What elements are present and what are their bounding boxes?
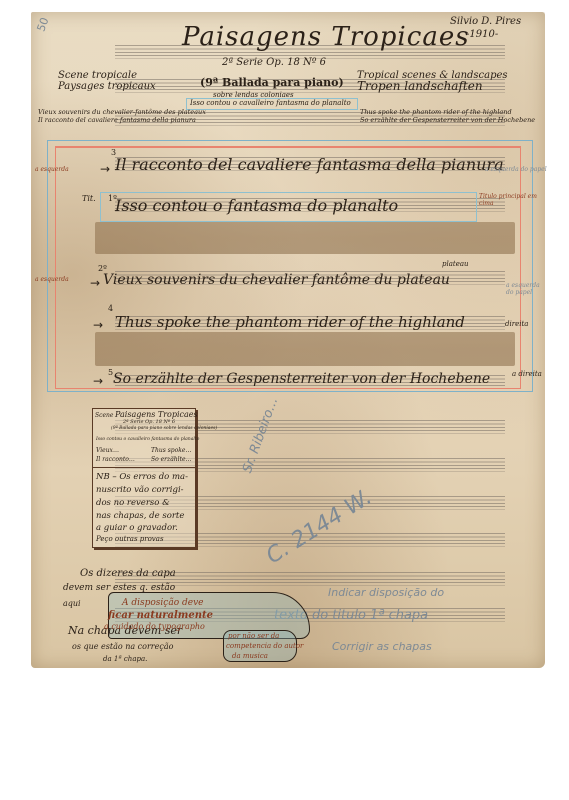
ink-note: aqui	[63, 599, 81, 608]
year: -1910-	[466, 29, 498, 40]
left-title: Paysages tropicaux	[58, 81, 156, 92]
title-line-italian: Il racconto del cavaliere fantasma della…	[115, 155, 504, 174]
divider	[93, 467, 195, 468]
pencil-note: Corrigir as chapas	[332, 640, 432, 653]
title-line-german: So erzählte der Gespensterreiter von der…	[113, 371, 490, 387]
ink-note: devem ser estes q. estão	[63, 583, 175, 593]
sketch-title: Paisagens Tropicaes	[115, 410, 198, 419]
ink-note: da 1ª chapa.	[103, 655, 147, 663]
left-title: Scene tropicale	[58, 70, 156, 81]
subtitle-main: (9ª Ballada para piano)	[200, 76, 344, 89]
right-title: Tropen landschaften	[357, 81, 508, 92]
sketch-side-label: Scene	[95, 412, 113, 419]
sketch-line: Isso contou o cavalleiro fantasma do pla…	[96, 437, 199, 442]
sketch-series: 2ª Serie Op. 18 Nº 6	[123, 419, 175, 425]
arrow-icon: →	[90, 276, 100, 290]
arrow-icon: →	[93, 318, 103, 332]
title-sketch-box: Scene Paisagens Tropicaes 2ª Serie Op. 1…	[92, 408, 196, 548]
sketch-line: So erzählte…	[151, 456, 192, 463]
brown-ink-note: competencia do autor	[226, 642, 303, 650]
margin-note: a esquerda do papel	[506, 282, 544, 296]
right-titles: Tropical scenes & landscapes Tropen land…	[357, 70, 508, 92]
title-line-english: Thus spoke the phantom rider of the high…	[115, 313, 465, 331]
brown-ink-note: a cuidado do typographo	[104, 622, 205, 631]
brown-ink-note: A disposição deve	[122, 598, 203, 608]
arrow-icon: →	[100, 162, 110, 176]
small-title-italian: Il racconto del cavaliere fantasma della…	[38, 116, 196, 124]
correction-note: plateau	[442, 260, 469, 268]
line-number: 4	[108, 304, 113, 313]
small-title-portuguese: Isso contou o cavalleiro fantasma do pla…	[190, 99, 351, 107]
nb-note: nas chapas, de sorte	[96, 511, 184, 521]
brown-ink-note: por não ser da	[228, 632, 279, 640]
margin-note: a esquerda	[35, 276, 69, 283]
small-title-german: So erzählte der Gespensterreiter von der…	[360, 116, 535, 124]
margin-note: a direita	[512, 370, 542, 378]
nb-note: nuscrito vão corrigi-	[96, 485, 184, 495]
nb-note: dos no reverso &	[96, 498, 170, 508]
margin-note: a esquerda	[35, 166, 69, 173]
title-line-french: Vieux souvenirs du chevalier fantôme du …	[103, 272, 450, 288]
title-line-portuguese: Isso contou o fantasma do planalto	[115, 196, 398, 215]
page-title: Paisagens Tropicaes	[182, 22, 470, 52]
series-line: 2ª Serie Op. 18 Nº 6	[222, 57, 326, 68]
margin-note: direita	[505, 320, 528, 328]
sketch-line: Thus spoke…	[151, 447, 191, 454]
small-title-english: Thus spoke the phantom rider of the high…	[360, 108, 512, 116]
nb-note: Peço outras provas	[96, 535, 164, 543]
brown-ink-note: ficar naturalmente	[108, 610, 213, 621]
margin-note: Titulo principal em cima	[479, 193, 537, 207]
ink-note: Os dizeres da capa	[80, 568, 176, 579]
margin-note: Tit.	[82, 194, 96, 203]
ink-note: os que estão na correção	[72, 642, 173, 651]
margin-note: a esquerda do papel	[485, 166, 547, 173]
small-title-french: Vieux souvenirs du chevalier-fantôme des…	[38, 108, 206, 116]
sketch-subtitle: (9ª Ballada para piano sobre lendas colo…	[111, 426, 217, 431]
pencil-note: Indicar disposição do	[328, 586, 444, 599]
left-titles: Scene tropicale Paysages tropicaux	[58, 70, 156, 92]
tape-strip	[95, 222, 515, 254]
brown-ink-note: da musica	[232, 652, 268, 660]
arrow-icon: →	[93, 374, 103, 388]
sketch-line: Vieux…	[96, 447, 119, 454]
author-signature: Silvio D. Pires	[450, 16, 521, 27]
nb-note: a guiar o gravador.	[96, 523, 178, 533]
nb-note: NB – Os erros do ma-	[96, 472, 188, 482]
sketch-line: Il racconto…	[96, 456, 135, 463]
tape-strip	[95, 332, 515, 366]
